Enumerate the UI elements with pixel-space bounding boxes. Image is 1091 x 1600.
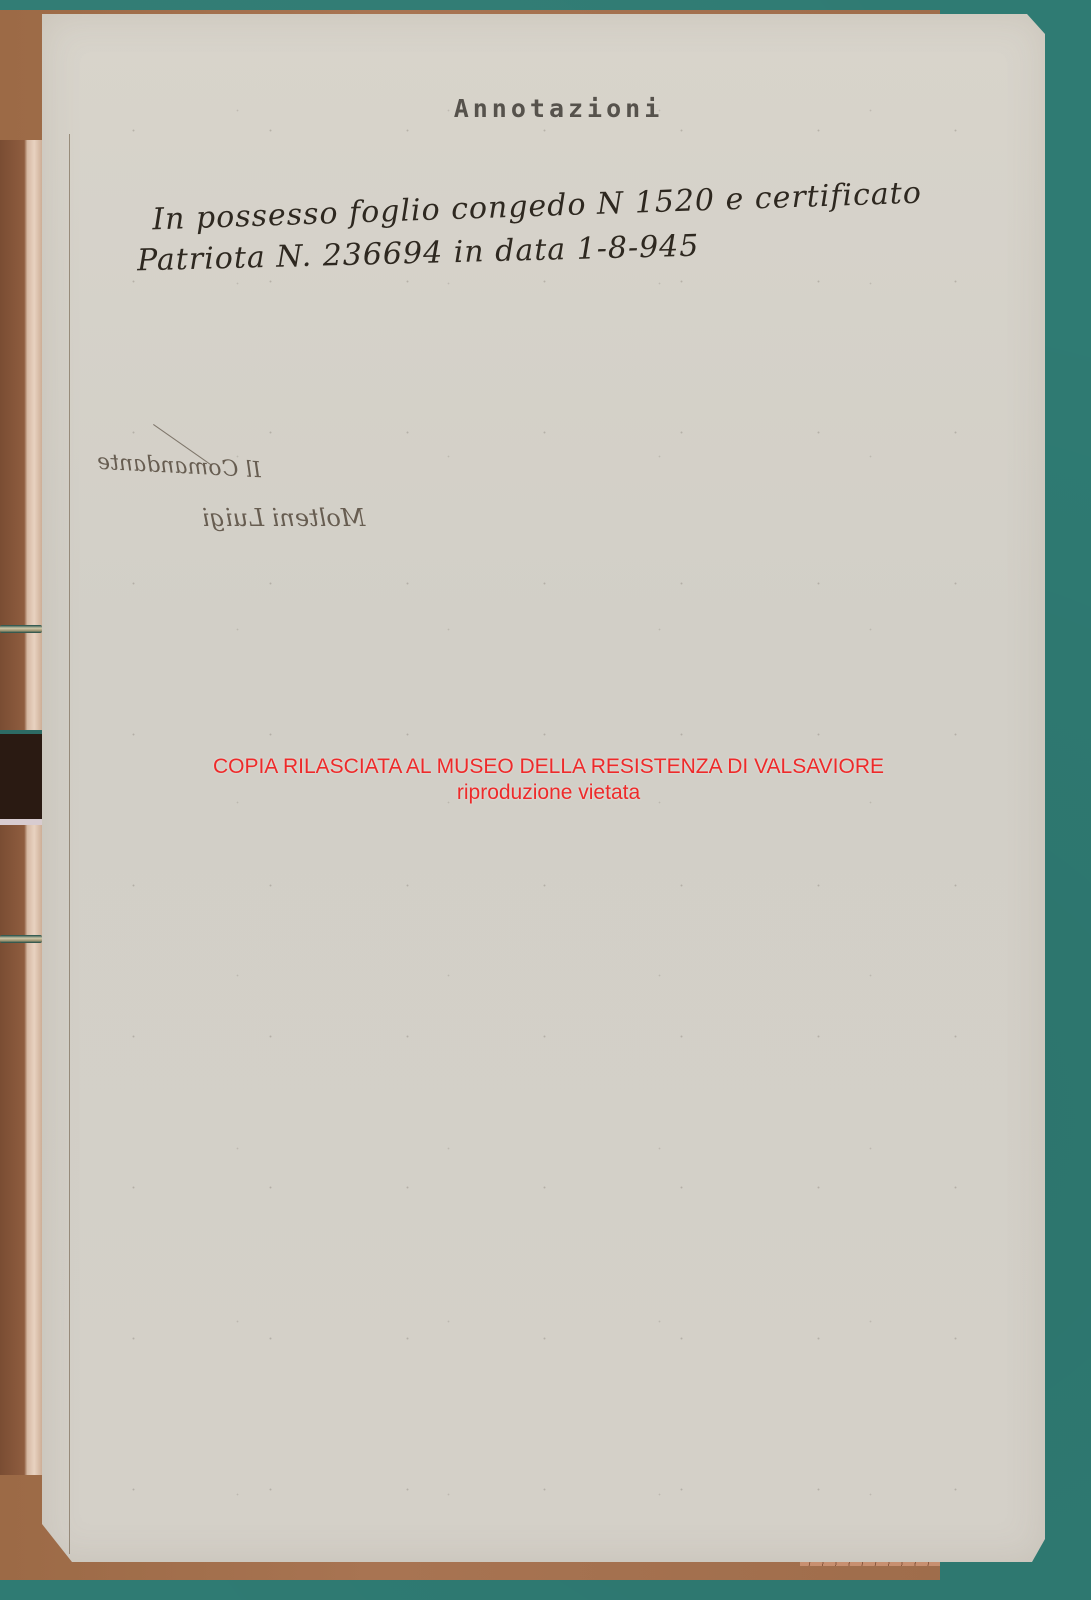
binder-dark-band [0, 730, 44, 825]
watermark-line-2: riproduzione vietata [52, 780, 1045, 806]
page-margin-line [69, 134, 70, 1554]
watermark-line-1: COPIA RILASCIATA AL MUSEO DELLA RESISTEN… [52, 754, 1045, 780]
binder-ring [0, 935, 42, 943]
handwritten-note-line-2: Patriota N. 236694 in data 1-8-945 [137, 229, 700, 279]
document-page: Annotazioni In possesso foglio congedo N… [42, 14, 1045, 1562]
copy-watermark: COPIA RILASCIATA AL MUSEO DELLA RESISTEN… [42, 754, 1045, 806]
handwritten-note-line-1: In possesso foglio congedo N 1520 e cert… [152, 176, 923, 238]
show-through-signature-line-2: Molteni Luigi [202, 504, 365, 532]
binder-ring [0, 625, 42, 633]
page-heading: Annotazioni [42, 94, 1045, 123]
binder-spine [0, 140, 44, 1475]
show-through-signature-line-1: Il Comandante [96, 450, 261, 484]
